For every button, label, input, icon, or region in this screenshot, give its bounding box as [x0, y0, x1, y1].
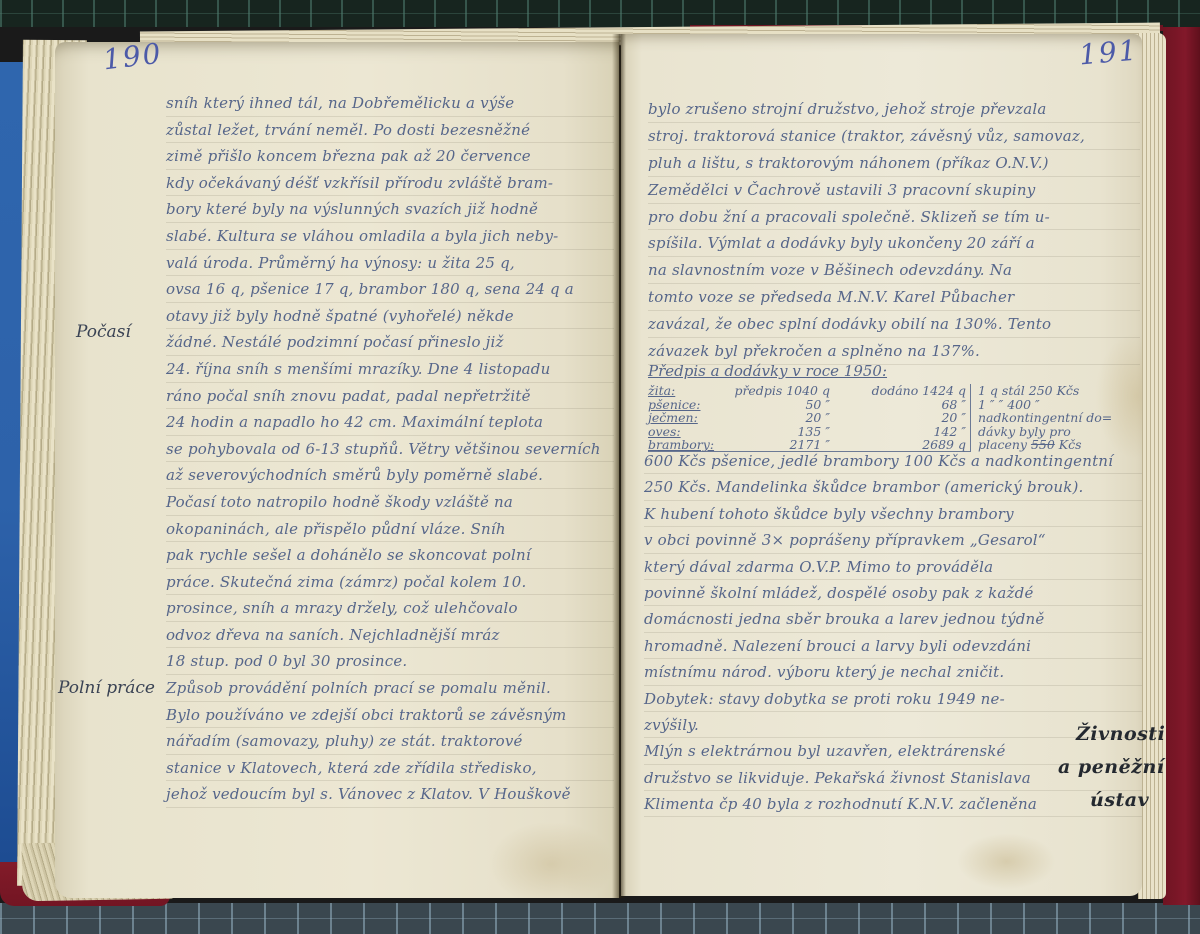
handwritten-line: v obci povinně 3× poprášeny přípravkem „…	[644, 527, 1142, 553]
table-row: oves:135 ″142 ″ dávky byly pro	[648, 425, 1142, 439]
price-note: dávky byly pro	[970, 425, 1142, 439]
handwritten-line: prosince, sníh a mrazy držely, což ulehč…	[166, 595, 614, 622]
delivered-value: dodáno 1424 q	[850, 384, 970, 398]
table-row: pšenice:50 ″68 ″ 1 ″ ″ 400 ″	[648, 398, 1142, 412]
handwritten-line: 250 Kčs. Mandelinka škůdce brambor (amer…	[644, 474, 1142, 500]
delivered-value: 20 ″	[850, 411, 970, 425]
handwritten-line: slabé. Kultura se vláhou omladila a byla…	[166, 223, 614, 250]
handwritten-line: Zemědělci v Čachrově ustavili 3 pracovní…	[648, 177, 1140, 204]
handwritten-line: povinně školní mládež, dospělé osoby pak…	[644, 580, 1142, 606]
chronicle-photo: 190 191 Počasí Polní práce Živnosti a pe…	[0, 0, 1200, 934]
book-gutter	[612, 34, 626, 898]
handwritten-line: Dobytek: stavy dobytka se proti roku 194…	[644, 686, 1142, 712]
handwritten-line: odvoz dřeva na saních. Nejchladnější mrá…	[166, 622, 614, 649]
handwritten-line: domácnosti jedna sběr brouka a larev jed…	[644, 606, 1142, 632]
quota-value: 20 ″	[728, 411, 850, 425]
right-page-text-top: bylo zrušeno strojní družstvo, jehož str…	[648, 96, 1140, 365]
handwritten-line: ráno počal sníh znovu padat, padal nepře…	[166, 383, 614, 410]
handwritten-line: pak rychle sešel a dohánělo se skoncovat…	[166, 542, 614, 569]
cutting-mat-bottom	[0, 903, 1200, 934]
handwritten-line: Způsob provádění polních prací se pomalu…	[166, 675, 614, 702]
handwritten-line: Bylo používáno ve zdejší obci traktorů s…	[166, 702, 614, 729]
handwritten-line: valá úroda. Průměrný ha výnosy: u žita 2…	[166, 250, 614, 277]
margin-note-weather: Počasí	[76, 322, 131, 342]
handwritten-line: žádné. Nestálé podzimní počasí přineslo …	[166, 329, 614, 356]
handwritten-line: až severovýchodních směrů byly poměrně s…	[166, 462, 614, 489]
crop-name: ječmen:	[648, 411, 728, 425]
handwritten-line: stroj. traktorová stanice (traktor, závě…	[648, 123, 1140, 150]
right-page-text-bottom: 600 Kčs pšenice, jedlé brambory 100 Kčs …	[644, 448, 1142, 817]
handwritten-line: tomto voze se předseda M.N.V. Karel Půba…	[648, 284, 1140, 311]
handwritten-line: bory které byly na výslunných svazích ji…	[166, 196, 614, 223]
handwritten-line: se pohybovala od 6-13 stupňů. Větry větš…	[166, 436, 614, 463]
handwritten-line: Mlýn s elektrárnou byl uzavřen, elektrár…	[644, 738, 1142, 764]
crop-name: pšenice:	[648, 398, 728, 412]
book-cover-right	[1163, 27, 1200, 905]
page-number-right: 191	[1078, 33, 1140, 71]
table-row: ječmen:20 ″20 ″ nadkontingentní do=	[648, 411, 1142, 425]
handwritten-line: na slavnostním voze v Běšinech odevzdány…	[648, 257, 1140, 284]
deliveries-table: žita:předpis 1040 qdodáno 1424 q 1 q stá…	[648, 384, 1142, 452]
handwritten-line: práce. Skutečná zima (zámrz) počal kolem…	[166, 569, 614, 596]
handwritten-line: bylo zrušeno strojní družstvo, jehož str…	[648, 96, 1140, 123]
crop-name: oves:	[648, 425, 728, 439]
price-note: 1 ″ ″ 400 ″	[970, 398, 1142, 412]
handwritten-line: Počasí toto natropilo hodně škody vzlášt…	[166, 489, 614, 516]
left-page-text: sníh který ihned tál, na Dobřemělicku a …	[166, 90, 614, 808]
handwritten-line: závazek byl překročen a splněno na 137%.	[648, 338, 1140, 365]
handwritten-line: okopaninách, ale přispělo půdní vláze. S…	[166, 516, 614, 543]
handwritten-line: pro dobu žní a pracovali společně. Skliz…	[648, 204, 1140, 231]
delivered-value: 142 ″	[850, 425, 970, 439]
handwritten-line: otavy již byly hodně špatné (vyhořelé) n…	[166, 303, 614, 330]
handwritten-line: 24. října sníh s menšími mrazíky. Dne 4 …	[166, 356, 614, 383]
table-heading: Předpis a dodávky v roce 1950:	[648, 362, 887, 380]
handwritten-line: 18 stup. pod 0 byl 30 prosince.	[166, 648, 614, 675]
handwritten-line: 600 Kčs pšenice, jedlé brambory 100 Kčs …	[644, 448, 1142, 474]
margin-note-field-work: Polní práce	[58, 678, 155, 698]
handwritten-line: sníh který ihned tál, na Dobřemělicku a …	[166, 90, 614, 117]
delivered-value: 68 ″	[850, 398, 970, 412]
handwritten-line: Klimenta čp 40 byla z rozhodnutí K.N.V. …	[644, 791, 1142, 817]
handwritten-line: pluh a lištu, s traktorovým náhonem (pří…	[648, 150, 1140, 177]
handwritten-line: místnímu národ. výboru který je nechal z…	[644, 659, 1142, 685]
table-row: žita:předpis 1040 qdodáno 1424 q 1 q stá…	[648, 384, 1142, 398]
handwritten-line: zvýšily.	[644, 712, 1142, 738]
quota-value: 135 ″	[728, 425, 850, 439]
handwritten-line: zůstal ležet, trvání neměl. Po dosti bez…	[166, 117, 614, 144]
handwritten-line: hromadně. Nalezení brouci a larvy byli o…	[644, 633, 1142, 659]
price-note: nadkontingentní do=	[970, 411, 1142, 425]
handwritten-line: jehož vedoucím byl s. Vánovec z Klatov. …	[166, 781, 614, 808]
handwritten-line: nářadím (samovazy, pluhy) ze stát. trakt…	[166, 728, 614, 755]
handwritten-line: 24 hodin a napadlo ho 42 cm. Maximální t…	[166, 409, 614, 436]
handwritten-line: kdy očekávaný déšť vzkřísil přírodu zvlá…	[166, 170, 614, 197]
crop-name: žita:	[648, 384, 728, 398]
price-note: 1 q stál 250 Kčs	[970, 384, 1142, 398]
handwritten-line: stanice v Klatovech, která zde zřídila s…	[166, 755, 614, 782]
handwritten-line: spíšila. Výmlat a dodávky byly ukončeny …	[648, 230, 1140, 257]
handwritten-line: který dával zdarma O.V.P. Mimo to provád…	[644, 554, 1142, 580]
handwritten-line: K hubení tohoto škůdce byly všechny bram…	[644, 501, 1142, 527]
quota-value: 50 ″	[728, 398, 850, 412]
handwritten-line: zavázal, že obec splní dodávky obilí na …	[648, 311, 1140, 338]
handwritten-line: ovsa 16 q, pšenice 17 q, brambor 180 q, …	[166, 276, 614, 303]
quota-value: předpis 1040 q	[728, 384, 850, 398]
handwritten-line: zimě přišlo koncem března pak až 20 červ…	[166, 143, 614, 170]
handwritten-line: družstvo se likviduje. Pekařská živnost …	[644, 765, 1142, 791]
